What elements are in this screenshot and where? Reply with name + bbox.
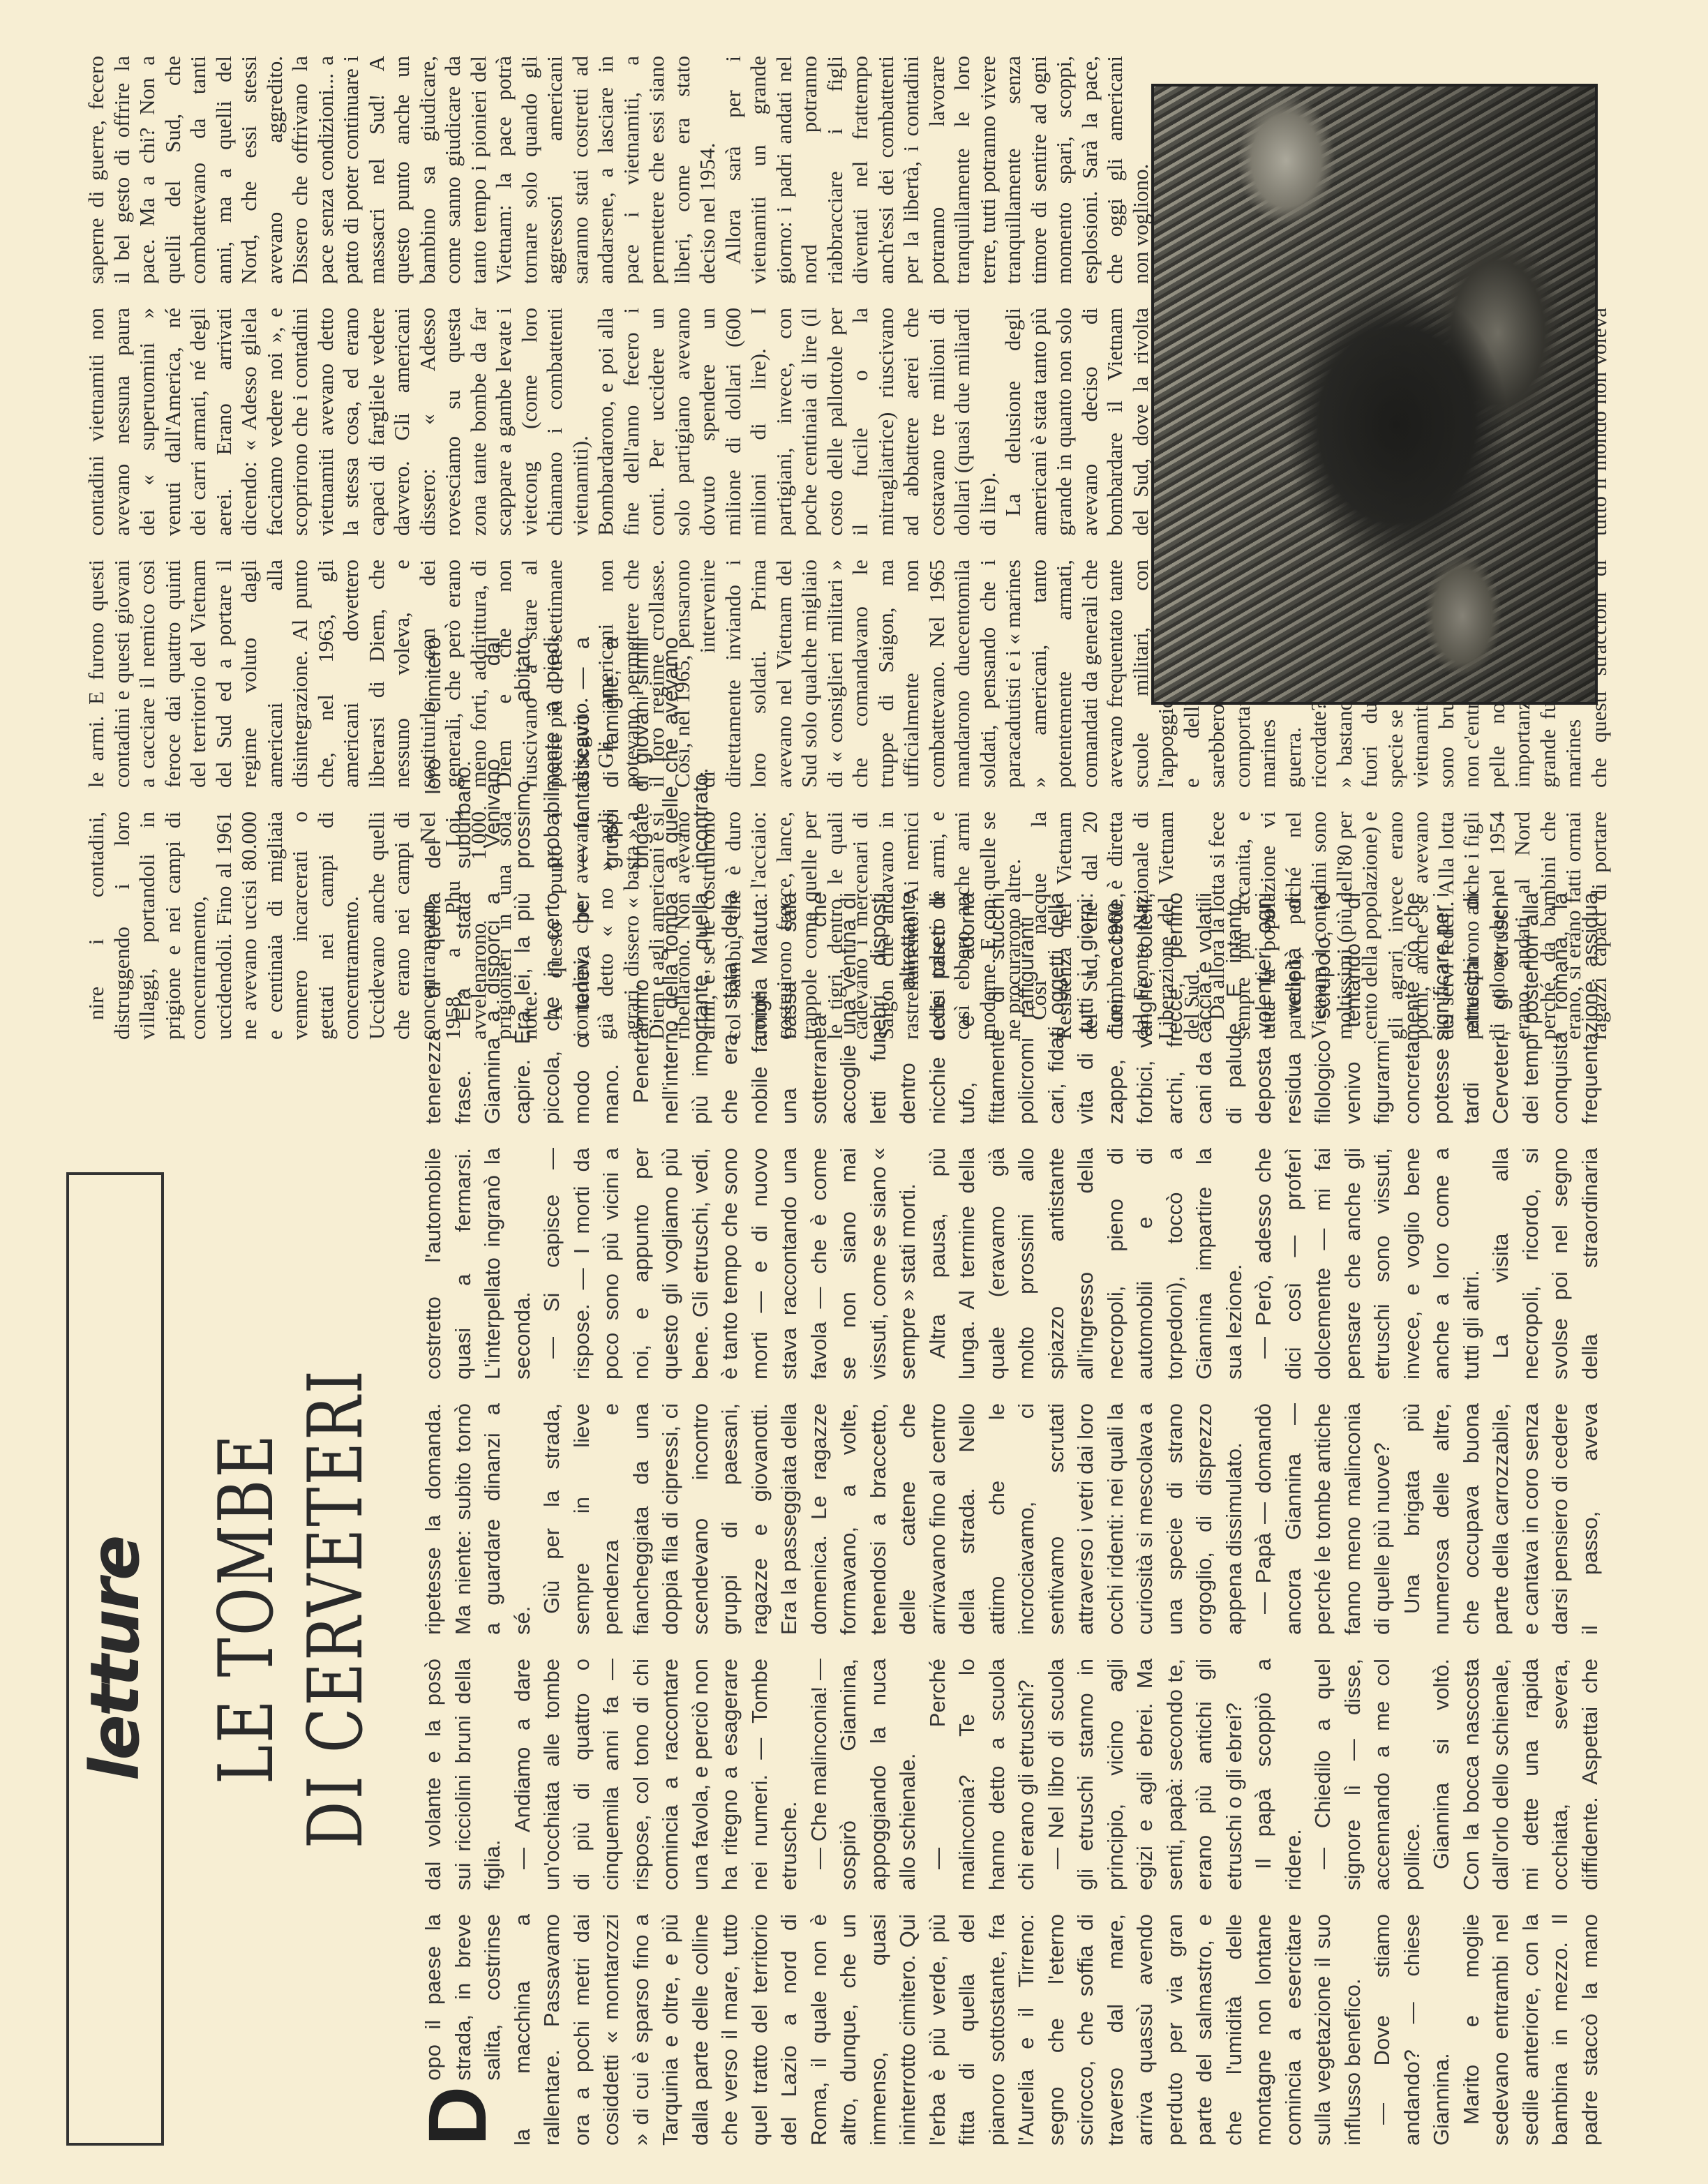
story-paragraph: — Nel libro di scuola gli etruschi stann…	[1042, 1659, 1250, 1890]
article-paragraph: Allora sarà per i vietnamiti un grande g…	[721, 56, 1154, 284]
story-paragraph: Giù per la strada, sempre in lieve pende…	[537, 1403, 1249, 1635]
story-paragraph: — Andiamo a dare un'occhiata alle tombe …	[508, 1659, 804, 1890]
article-paragraph: Così nacque la Resistenza nel Vietnam de…	[1026, 811, 1205, 1040]
section-rubric-box: letture	[66, 1172, 164, 2146]
photo-halftone-shade	[1154, 87, 1595, 702]
magazine-page: letture LE TOMBE DI CERVETERI Dopo il pa…	[0, 0, 1708, 2184]
story-paragraph: — Però, adesso che dici così — proferì d…	[1249, 1148, 1486, 1379]
article-paragraph: nire i contadini, distruggendo i loro vi…	[84, 811, 542, 1040]
drop-cap: D	[423, 2086, 493, 2146]
article-title: LE TOMBE DI CERVETERI	[202, 1269, 381, 1949]
story-paragraph: Dopo il paese la strada, in breve salita…	[419, 1914, 1368, 2146]
title-line-2: DI CERVETERI	[292, 1269, 381, 1949]
story-paragraph: — Perché malinconia? Te lo hanno detto a…	[923, 1659, 1042, 1890]
story-paragraph: Il papà scoppiò a ridere.	[1249, 1659, 1308, 1890]
story-paragraph: — Che malinconia! — sospirò Giannina, ap…	[804, 1659, 923, 1890]
story-paragraph: — Papà — domandò ancora Giannina — perch…	[1249, 1403, 1398, 1635]
article-paragraph: A questo punto i contadini, che avevano …	[542, 811, 1026, 1040]
section-rubric: letture	[76, 1537, 154, 1781]
story-columns: Dopo il paese la strada, in breve salita…	[419, 1148, 1619, 2146]
news-photo	[1151, 84, 1598, 705]
story-paragraph: — Dove stiamo andando? — chiese Giannina…	[1368, 1914, 1457, 2146]
story-paragraph: — Chiedilo a quel signore lì — disse, ac…	[1308, 1659, 1427, 1890]
title-line-1: LE TOMBE	[202, 1269, 292, 1949]
story-paragraph: — Si capisce — rispose. — I morti da poc…	[537, 1148, 923, 1379]
story-paragraph: Altra pausa, più lunga. Al termine della…	[923, 1148, 1250, 1379]
